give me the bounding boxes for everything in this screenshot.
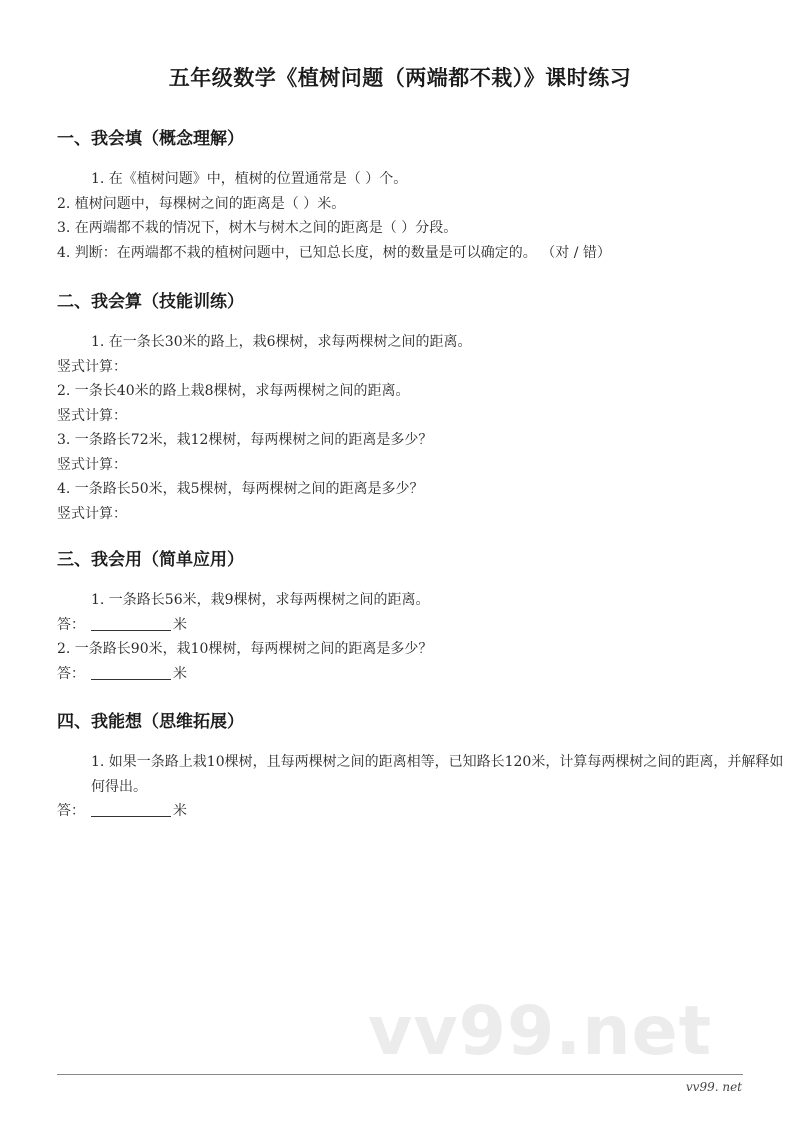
question-2: 2. 一条长40米的路上栽8棵树，求每两棵树之间的距离。: [57, 379, 757, 404]
section-heading: 二、我会算（技能训练）: [57, 287, 757, 312]
answer-row: 答：米: [57, 799, 757, 824]
calc-label: 竖式计算：: [57, 404, 757, 429]
answer-row: 答：米: [57, 613, 757, 638]
answer-blank[interactable]: [91, 802, 171, 817]
section-heading: 一、我会填（概念理解）: [57, 124, 757, 149]
answer-label: 答：: [57, 617, 85, 633]
answer-row: 答：米: [57, 662, 757, 687]
question-4: 4. 判断：在两端都不栽的植树问题中，已知总长度，树的数量是可以确定的。 （对 …: [57, 241, 757, 266]
answer-label: 答：: [57, 803, 85, 819]
answer-unit: 米: [173, 803, 187, 819]
question-2: 2. 一条路长90米，栽10棵树，每两棵树之间的距离是多少？: [57, 637, 757, 662]
question-3: 3. 在两端都不栽的情况下，树木与树木之间的距离是（ ）分段。: [57, 216, 757, 241]
page-title: 五年级数学《植树问题（两端都不栽）》课时练习: [0, 62, 800, 92]
section-skills: 二、我会算（技能训练） 1. 在一条长30米的路上，栽6棵树，求每两棵树之间的距…: [57, 287, 757, 526]
answer-unit: 米: [173, 666, 187, 682]
calc-label: 竖式计算：: [57, 502, 757, 527]
question-1: 1. 在《植树问题》中，植树的位置通常是（ ）个。: [57, 167, 757, 192]
calc-label: 竖式计算：: [57, 453, 757, 478]
footer-text: vv99. net: [686, 1080, 742, 1094]
answer-blank[interactable]: [91, 616, 171, 631]
watermark: vv99.net: [368, 992, 712, 1071]
question-1: 1. 一条路长56米，栽9棵树，求每两棵树之间的距离。: [57, 588, 757, 613]
section-thinking: 四、我能想（思维拓展） 1. 如果一条路上栽10棵树，且每两棵树之间的距离相等，…: [57, 707, 757, 824]
question-4: 4. 一条路长50米，栽5棵树，每两棵树之间的距离是多少？: [57, 477, 757, 502]
footer-divider: [57, 1074, 743, 1075]
section-application: 三、我会用（简单应用） 1. 一条路长56米，栽9棵树，求每两棵树之间的距离。 …: [57, 545, 757, 686]
question-2: 2. 植树问题中，每棵树之间的距离是（ ）米。: [57, 192, 757, 217]
question-1: 1. 如果一条路上栽10棵树，且每两棵树之间的距离相等，已知路长120米，计算每…: [57, 750, 791, 799]
question-1: 1. 在一条长30米的路上，栽6棵树，求每两棵树之间的距离。: [57, 330, 757, 355]
section-heading: 三、我会用（简单应用）: [57, 545, 757, 570]
calc-label: 竖式计算：: [57, 355, 757, 380]
section-heading: 四、我能想（思维拓展）: [57, 707, 757, 732]
section-concept: 一、我会填（概念理解） 1. 在《植树问题》中，植树的位置通常是（ ）个。 2.…: [57, 124, 757, 265]
answer-label: 答：: [57, 666, 85, 682]
answer-unit: 米: [173, 617, 187, 633]
question-3: 3. 一条路长72米，栽12棵树，每两棵树之间的距离是多少？: [57, 428, 757, 453]
answer-blank[interactable]: [91, 665, 171, 680]
